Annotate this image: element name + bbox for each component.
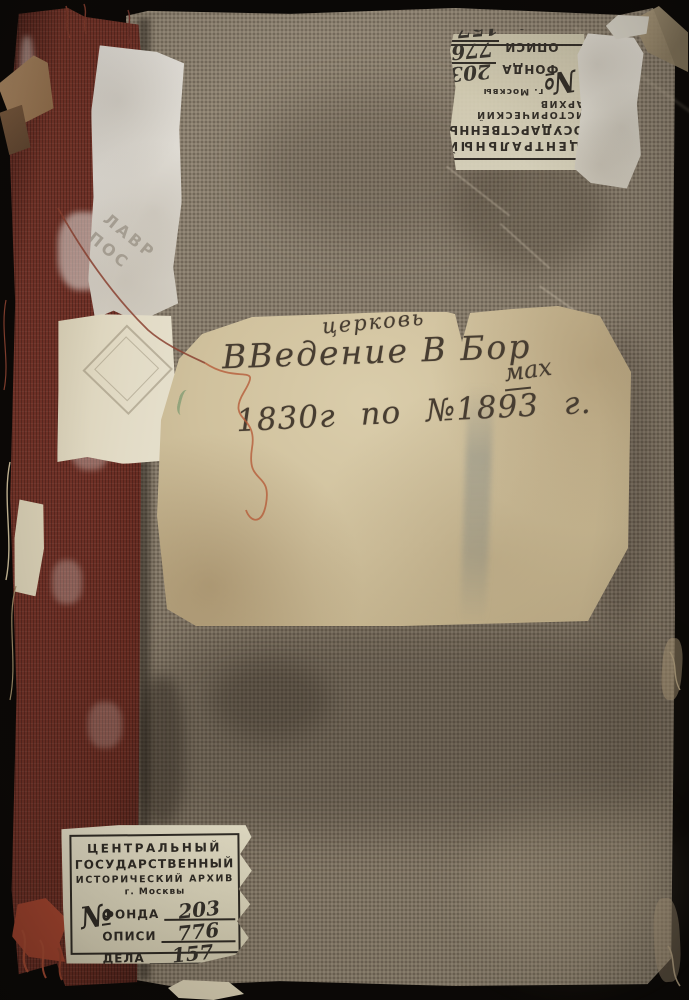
cream-paper-sheet <box>55 313 178 465</box>
center-title-label: церковь ВВедение В Бор мах 1830г по №189… <box>152 304 634 632</box>
white-paper-strip: ЛАВР ПОС <box>88 45 185 323</box>
field-line: 776 <box>161 921 235 943</box>
field-line: 203 <box>164 899 235 921</box>
archive-org-line: ГОСУДАРСТВЕННЫЙ <box>433 122 593 138</box>
archive-org-line: ГОСУДАРСТВЕННЫЙ <box>75 856 235 873</box>
numero-sign: № <box>78 897 115 936</box>
field-label-opis: ОПИСИ <box>499 40 558 54</box>
green-pencil-mark <box>175 389 196 418</box>
handwritten-title: ВВедение В Бор <box>221 327 532 377</box>
archive-label-top-torn: ЦЕНТРАЛЬНЫЙ ГОСУДАРСТВЕННЫЙ ИСТОРИЧЕСКИЙ… <box>450 28 588 176</box>
archive-org-line: ИСТОРИЧЕСКИЙ АРХИВ <box>442 98 584 120</box>
numero-sign: № <box>541 62 578 101</box>
left-edge-thread <box>6 462 10 580</box>
handwritten-title-suffix: мах <box>502 353 553 387</box>
paper-mottle <box>574 33 644 189</box>
left-edge-thread <box>4 300 6 390</box>
paper-mottle <box>88 45 185 323</box>
white-paper-over-top-label <box>574 33 644 189</box>
handwritten-years: 1830г по №1893 г. <box>235 385 592 440</box>
field-value-opis: 776 <box>450 40 493 61</box>
field-value-fond: 203 <box>449 62 492 83</box>
archive-org-line: ИСТОРИЧЕСКИЙ АРХИВ <box>76 873 234 886</box>
spine-scuff <box>52 560 82 604</box>
archive-label-bottom: ЦЕНТРАЛЬНЫЙ ГОСУДАРСТВЕННЫЙ ИСТОРИЧЕСКИЙ… <box>61 823 254 965</box>
field-line: 776 <box>445 40 499 61</box>
field-value-opis: 776 <box>177 922 220 943</box>
archive-org-line: г. Москвы <box>125 887 186 898</box>
archive-org-line: ЦЕНТРАЛЬНЫЙ <box>87 840 222 857</box>
spine-scuff <box>88 702 122 748</box>
archive-field-row: ОПИСИ 776 <box>445 40 559 62</box>
archive-label-frame: ЦЕНТРАЛЬНЫЙ ГОСУДАРСТВЕННЫЙ ИСТОРИЧЕСКИЙ… <box>440 44 586 160</box>
archive-label-frame: ЦЕНТРАЛЬНЫЙ ГОСУДАРСТВЕННЫЙ ИСТОРИЧЕСКИЙ… <box>69 833 240 955</box>
archive-org-line: ЦЕНТРАЛЬНЫЙ <box>446 137 581 153</box>
archive-org-line: г. Москвы <box>483 86 544 96</box>
book-cover-photo: ЛАВР ПОС церковь ВВедение В Бор мах 1830… <box>0 0 689 1000</box>
archive-fields: ФОНДА 203 ОПИСИ 776 ДЕЛА 157 <box>102 898 235 965</box>
archive-field-row: ОПИСИ 776 <box>102 920 235 943</box>
